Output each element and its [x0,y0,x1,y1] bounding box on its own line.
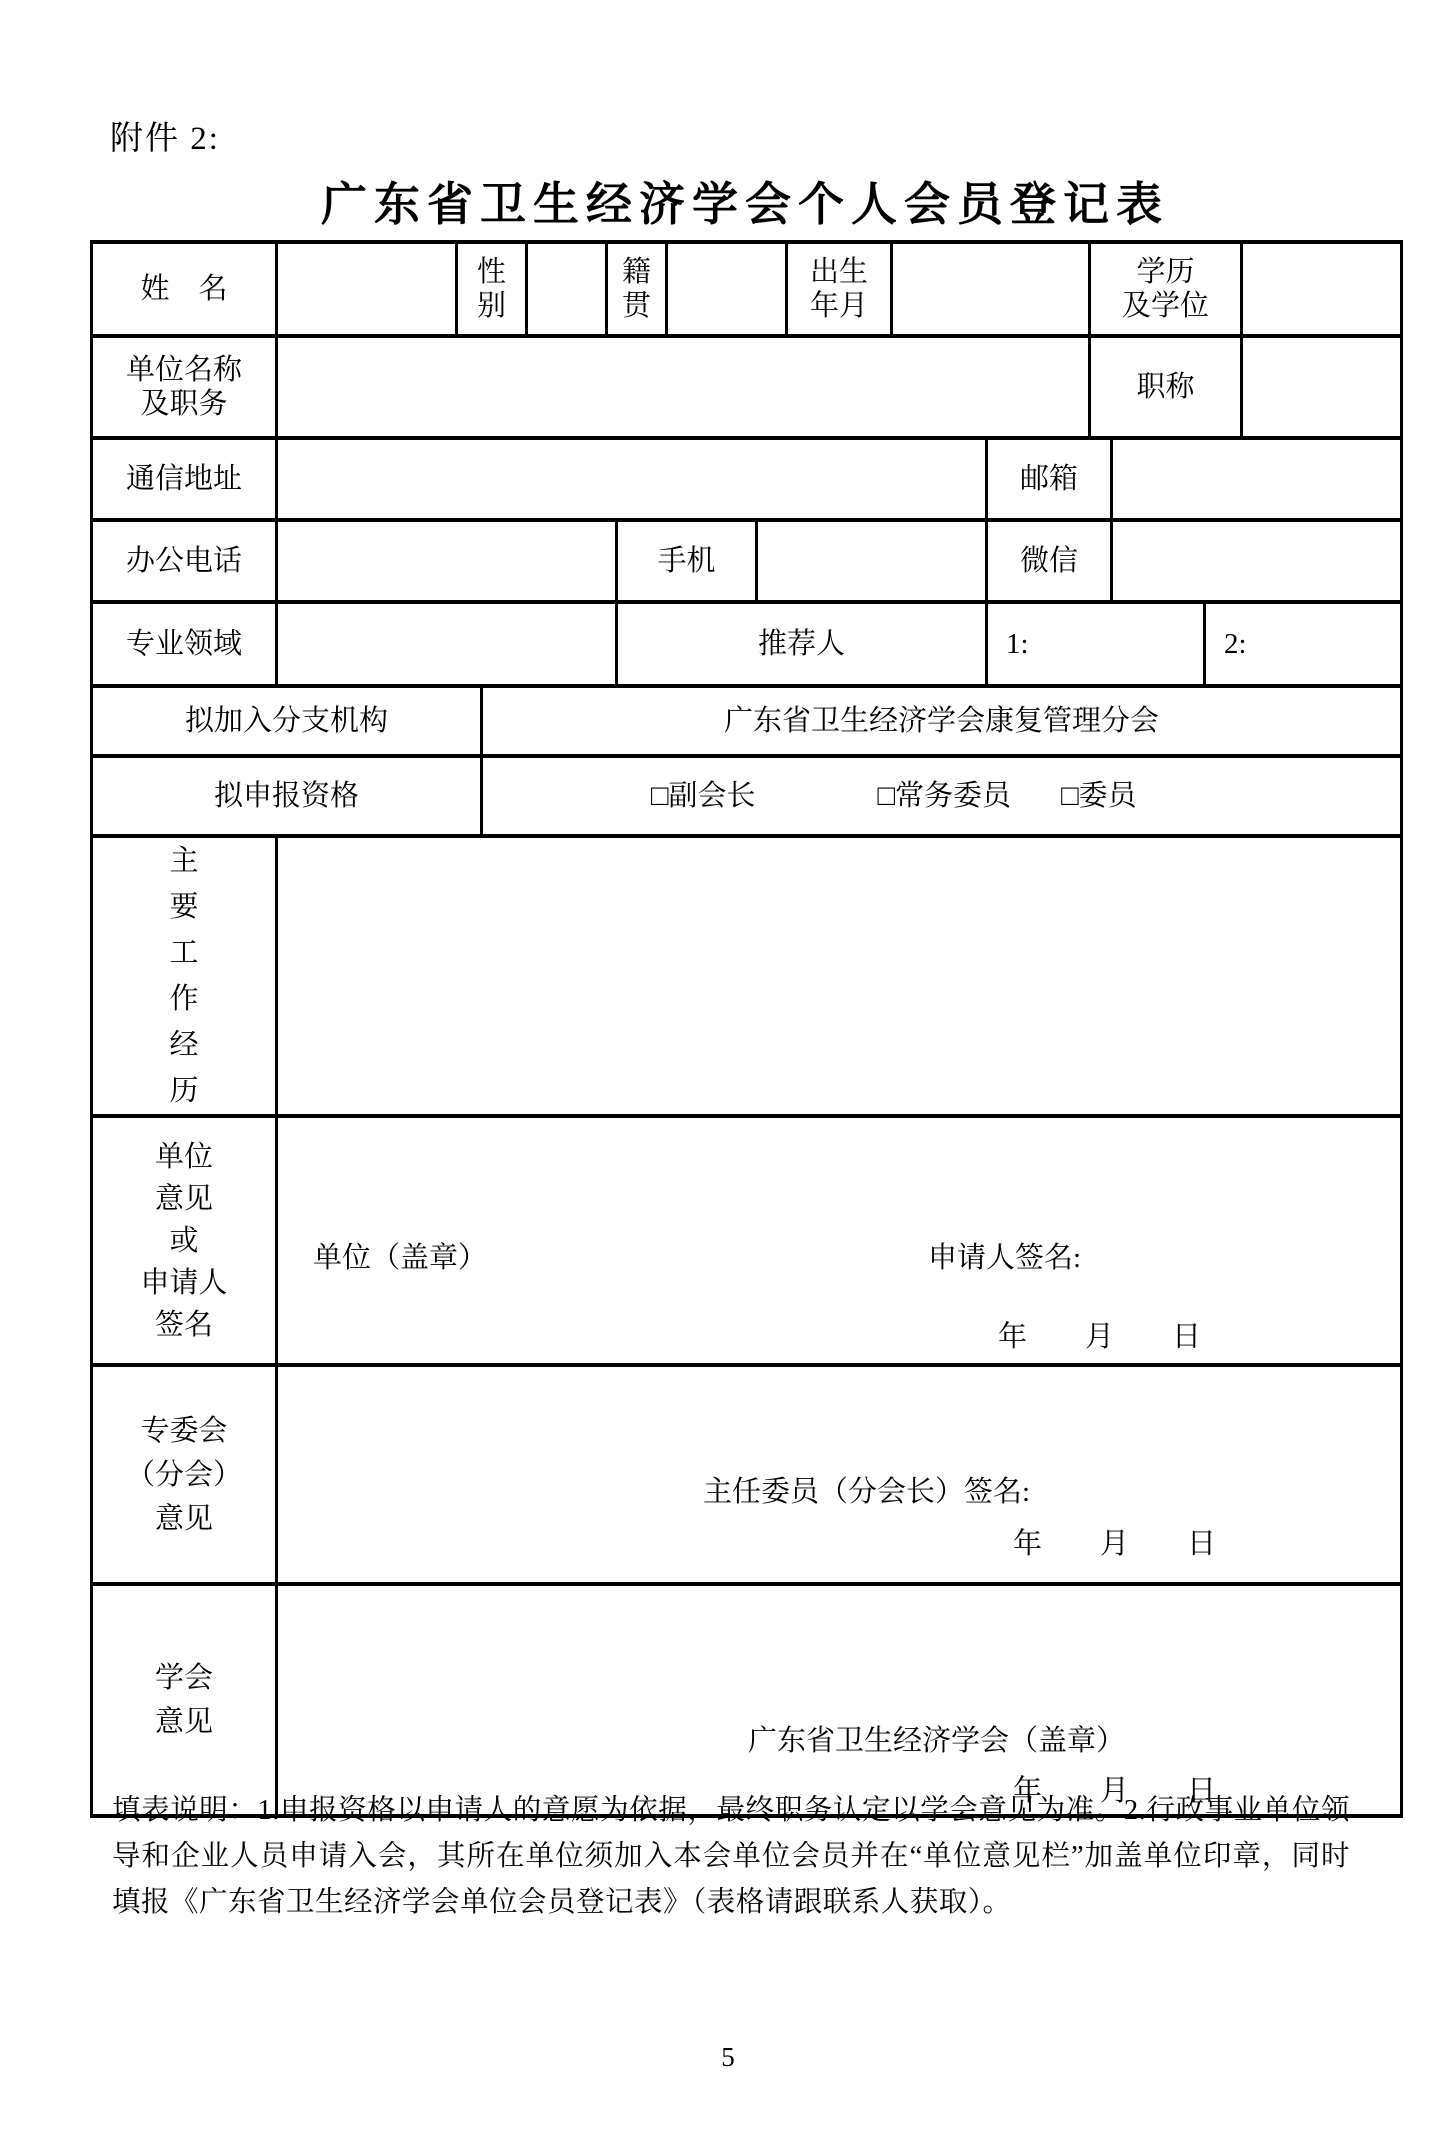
row-address: 通信地址 邮箱 [93,440,1403,522]
committee-signature-text: 主任委员（分会长）签名: [703,1475,1030,1509]
education-field[interactable] [1243,244,1403,334]
unit-label: 单位名称 及职务 [93,338,278,436]
row-committee-opinion: 专委会 （分会） 意见 主任委员（分会长）签名: 年 月 日 [93,1367,1403,1586]
registration-table: 姓 名 性 别 籍 贯 出生 年月 学历 及学位 单位名称 及职务 职称 通信地… [90,240,1403,1818]
office-phone-label: 办公电话 [93,522,278,600]
society-opinion-label: 学会 意见 [93,1586,278,1814]
name-label: 姓 名 [93,244,278,334]
row-specialty: 专业领域 推荐人 1: 2: [93,604,1403,688]
birthplace-label: 籍 贯 [608,244,668,334]
row-phones: 办公电话 手机 微信 [93,522,1403,604]
specialty-label: 专业领域 [93,604,278,684]
unit-opinion-label: 单位 意见 或 申请人 签名 [93,1118,278,1363]
education-label: 学历 及学位 [1091,244,1243,334]
work-experience-field[interactable] [278,838,1403,1114]
checkbox-standing-member[interactable]: □常务委员 [878,779,1012,813]
row-basic-info: 姓 名 性 别 籍 贯 出生 年月 学历 及学位 [93,244,1403,338]
checkbox-vice-chairman[interactable]: □副会长 [651,779,756,813]
row-qualification: 拟申报资格 □副会长 □常务委员 □委员 [93,758,1403,838]
address-label: 通信地址 [93,440,278,518]
birthplace-field[interactable] [668,244,788,334]
recommender-label: 推荐人 [618,604,988,684]
unit-opinion-field[interactable]: 单位（盖章） 申请人签名: 年 月 日 [278,1118,1403,1363]
page-number: 5 [0,2042,1456,2073]
form-notes: 填表说明：1.申报资格以申请人的意愿为依据，最终职务认定以学会意见为准。2.行政… [112,1788,1350,1926]
page-title: 广东省卫生经济学会个人会员登记表 [90,168,1400,234]
gender-label: 性 别 [458,244,528,334]
unit-field[interactable] [278,338,1091,436]
unit-opinion-date-line: 年 月 日 [998,1320,1201,1354]
recommender-2-field[interactable]: 2: [1206,604,1403,684]
committee-opinion-label: 专委会 （分会） 意见 [93,1367,278,1582]
society-seal-text: 广东省卫生经济学会（盖章） [748,1724,1125,1758]
email-field[interactable] [1113,440,1403,518]
job-title-field[interactable] [1243,338,1403,436]
gender-field[interactable] [528,244,608,334]
wechat-label: 微信 [988,522,1113,600]
recommender-1-field[interactable]: 1: [988,604,1206,684]
name-field[interactable] [278,244,458,334]
row-society-opinion: 学会 意见 广东省卫生经济学会（盖章） 年 月 日 [93,1586,1403,1818]
row-branch: 拟加入分支机构 广东省卫生经济学会康复管理分会 [93,688,1403,758]
mobile-field[interactable] [758,522,988,600]
address-field[interactable] [278,440,988,518]
society-opinion-field[interactable]: 广东省卫生经济学会（盖章） 年 月 日 [278,1586,1403,1814]
attachment-label: 附件 2: [110,112,220,159]
specialty-field[interactable] [278,604,618,684]
applicant-signature-text: 申请人签名: [928,1241,1081,1275]
committee-date-line: 年 月 日 [1013,1527,1216,1561]
wechat-field[interactable] [1113,522,1403,600]
birthdate-field[interactable] [893,244,1091,334]
office-phone-field[interactable] [278,522,618,600]
qualification-label: 拟申报资格 [93,758,483,834]
birthdate-label: 出生 年月 [788,244,893,334]
email-label: 邮箱 [988,440,1113,518]
unit-seal-text: 单位（盖章） [313,1241,487,1275]
checkbox-member[interactable]: □委员 [1061,779,1137,813]
branch-value: 广东省卫生经济学会康复管理分会 [483,688,1403,754]
row-unit-opinion: 单位 意见 或 申请人 签名 单位（盖章） 申请人签名: 年 月 日 [93,1118,1403,1367]
qualification-options: □副会长 □常务委员 □委员 [483,758,1403,834]
committee-opinion-field[interactable]: 主任委员（分会长）签名: 年 月 日 [278,1367,1403,1582]
row-unit: 单位名称 及职务 职称 [93,338,1403,440]
job-title-label: 职称 [1091,338,1243,436]
work-experience-label: 主 要 工 作 经 历 [93,838,278,1114]
branch-label: 拟加入分支机构 [93,688,483,754]
mobile-label: 手机 [618,522,758,600]
row-experience: 主 要 工 作 经 历 [93,838,1403,1118]
